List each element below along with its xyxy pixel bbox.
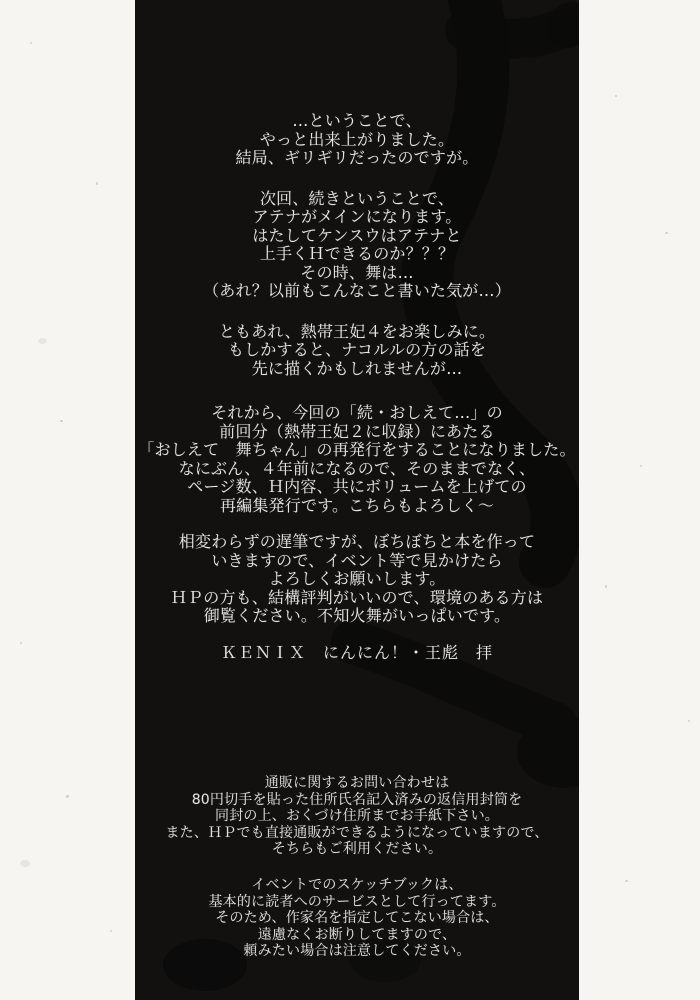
notice-paragraph-1: 通販に関するお問い合わせは80円切手を貼った住所氏名記入済みの返信用封筒を同封の… xyxy=(135,775,579,858)
text-line: 同封の上、おくづけ住所までお手紙下さい。 xyxy=(135,808,579,825)
scan-speck xyxy=(20,642,22,644)
text-line: いきますので、イベント等で見かけたら xyxy=(135,552,579,571)
scan-speck xyxy=(688,720,690,722)
scan-smudge xyxy=(20,860,30,867)
text-line: ページ数、Ｈ内容、共にボリュームを上げての xyxy=(135,478,579,497)
text-line: 先に描くかもしれませんが… xyxy=(135,360,579,379)
text-line: そちらもご利用ください。 xyxy=(135,841,579,858)
text-line: 御覧ください。不知火舞がいっぱいです。 xyxy=(135,607,579,626)
text-line: もしかすると、ナコルルの方の話を xyxy=(135,341,579,360)
scan-speck xyxy=(96,182,98,185)
text-line: はたしてケンスウはアテナと xyxy=(135,227,579,246)
afterword-paragraph-1: …ということで、やっと出来上がりました。結局、ギリギリだったのですが。 xyxy=(135,112,579,168)
afterword-black-panel: …ということで、やっと出来上がりました。結局、ギリギリだったのですが。 次回、続… xyxy=(135,0,579,1000)
text-line: （あれ？以前もこんなこと書いた気が…） xyxy=(135,282,579,301)
afterword-text: …ということで、やっと出来上がりました。結局、ギリギリだったのですが。 次回、続… xyxy=(135,112,579,662)
text-line: 遠慮なくお断りしてますので、 xyxy=(135,927,579,944)
afterword-paragraph-4: それから、今回の「続・おしえて…」の前回分（熱帯王妃２に収録）にあたる「おしえて… xyxy=(135,404,579,515)
text-line: 再編集発行です。こちらもよろしく～ xyxy=(135,497,579,516)
scan-speck xyxy=(665,232,668,234)
text-line: 結局、ギリギリだったのですが。 xyxy=(135,149,579,168)
scan-speck xyxy=(60,420,63,422)
scanned-page: { "page": { "background_color": "#f6f5f2… xyxy=(0,0,700,1000)
notice-paragraph-2: イベントでのスケッチブックは、基本的に読者へのサービスとして行ってます。そのため… xyxy=(135,877,579,960)
mail-order-notice: 通販に関するお問い合わせは80円切手を貼った住所氏名記入済みの返信用封筒を同封の… xyxy=(135,775,579,960)
text-line: それから、今回の「続・おしえて…」の xyxy=(135,404,579,423)
scan-speck xyxy=(605,585,607,588)
text-line: 次回、続きということで、 xyxy=(135,190,579,209)
text-line: ＨＰの方も、結構評判がいいので、環境のある方は xyxy=(135,589,579,608)
text-line: なにぶん、４年前になるので、そのままでなく、 xyxy=(135,460,579,479)
text-line: イベントでのスケッチブックは、 xyxy=(135,877,579,894)
scan-speck xyxy=(110,930,112,932)
text-line: やっと出来上がりました。 xyxy=(135,131,579,150)
afterword-paragraph-2: 次回、続きということで、アテナがメインになります。はたしてケンスウはアテナと上手… xyxy=(135,190,579,301)
scan-speck xyxy=(66,795,69,798)
afterword-paragraph-5: 相変わらずの遅筆ですが、ぼちぼちと本を作っていきますので、イベント等で見かけたら… xyxy=(135,533,579,626)
afterword-paragraph-3: ともあれ、熱帯王妃４をお楽しみに。もしかすると、ナコルルの方の話を先に描くかもし… xyxy=(135,323,579,379)
text-line: 上手くＨできるのか？？？ xyxy=(135,245,579,264)
text-line: 基本的に読者へのサービスとして行ってます。 xyxy=(135,894,579,911)
text-line: …ということで、 xyxy=(135,112,579,131)
scan-speck xyxy=(615,95,617,97)
scan-speck xyxy=(625,880,628,882)
text-line: そのため、作家名を指定してこない場合は、 xyxy=(135,910,579,927)
scan-speck xyxy=(30,42,32,44)
scan-smudge xyxy=(38,338,47,344)
text-line: 前回分（熱帯王妃２に収録）にあたる xyxy=(135,423,579,442)
scan-speck xyxy=(640,465,642,467)
text-line: 相変わらずの遅筆ですが、ぼちぼちと本を作って xyxy=(135,533,579,552)
text-line: アテナがメインになります。 xyxy=(135,208,579,227)
text-line: その時、舞は… xyxy=(135,264,579,283)
text-line: 通販に関するお問い合わせは xyxy=(135,775,579,792)
text-line: また、ＨＰでも直接通販ができるようになっていますので、 xyxy=(135,825,579,842)
text-line: ともあれ、熱帯王妃４をお楽しみに。 xyxy=(135,323,579,342)
text-line: 頼みたい場合は注意してください。 xyxy=(135,943,579,960)
signature-line: ＫＥＮＩＸ にんにん！・王彪 拝 xyxy=(135,644,579,663)
text-line: 80円切手を貼った住所氏名記入済みの返信用封筒を xyxy=(135,792,579,809)
text-line: よろしくお願いします。 xyxy=(135,570,579,589)
text-line: 「おしえて 舞ちゃん」の再発行をすることになりました。 xyxy=(135,441,579,460)
